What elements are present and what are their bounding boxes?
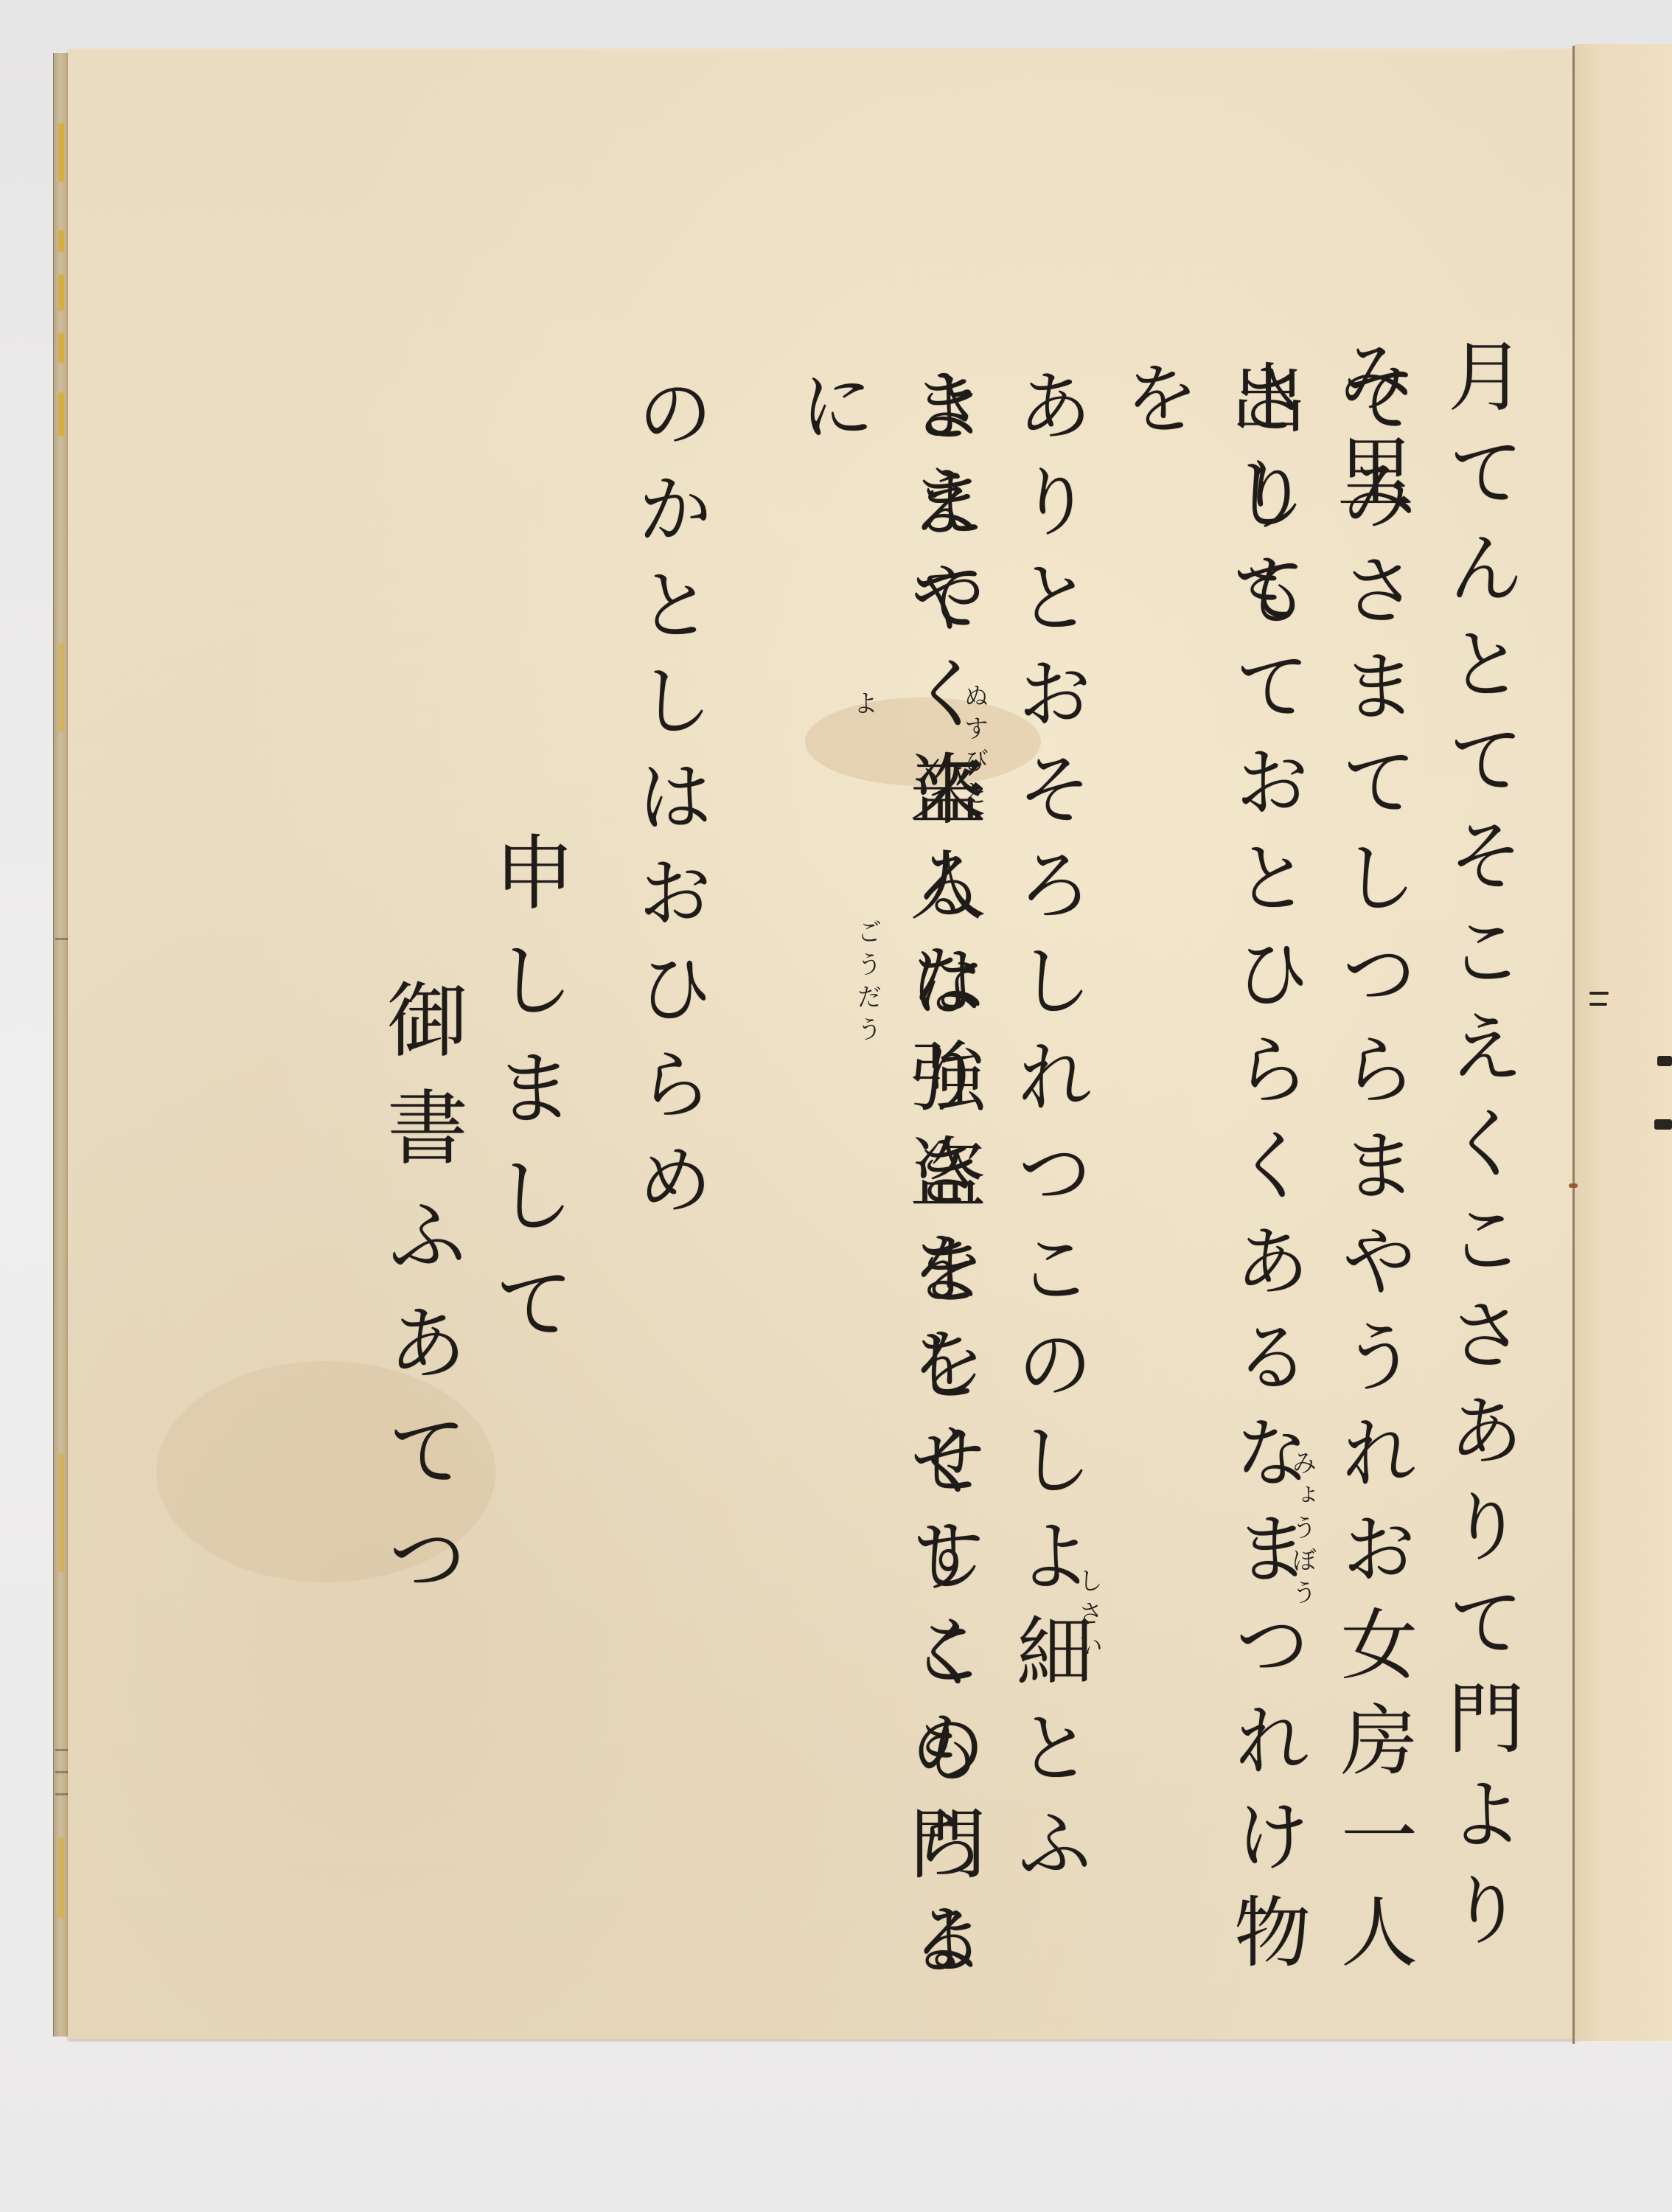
manuscript-page: 月てんとてそこえくこさありて門よりみ里 てみさまてしつらまやうれお女房一人出して… bbox=[68, 49, 1579, 2039]
text-column-8: 申しまして bbox=[470, 830, 586, 1368]
gilt-fleck bbox=[58, 274, 64, 311]
furigana-godau: ごうだう bbox=[849, 919, 885, 1048]
gutter-fold-line bbox=[1572, 46, 1575, 2044]
gilt-fleck bbox=[58, 1837, 64, 1919]
gilt-fleck bbox=[58, 392, 64, 437]
adjacent-leaf bbox=[1575, 44, 1672, 2041]
text-column-9-signature: 御書ふあてつ bbox=[363, 978, 479, 1624]
ink-stroke-fragment bbox=[1657, 1056, 1672, 1066]
gilt-fleck bbox=[58, 230, 64, 252]
furigana-yo: よ bbox=[846, 690, 882, 723]
ink-stroke-fragment bbox=[1589, 992, 1609, 995]
spine-mark bbox=[55, 938, 69, 940]
gilt-fleck bbox=[58, 123, 64, 182]
spine-mark bbox=[55, 1771, 69, 1773]
furigana-shisai: しさい bbox=[1070, 1568, 1107, 1665]
gilt-fleck bbox=[58, 333, 64, 363]
text-column-4: ありとおそろしれつこのしよ細とふ bbox=[993, 366, 1104, 1899]
text-column-3: さりもておとひらくあるなまつれけ物を bbox=[1100, 358, 1321, 2039]
gilt-fleck bbox=[58, 643, 64, 731]
text-column-6: きえてく来るは強盗をしくすくもらるに bbox=[776, 366, 997, 2039]
ink-stroke-fragment bbox=[1589, 1003, 1607, 1006]
ink-stroke-fragment bbox=[1654, 1119, 1672, 1130]
binding-thread-hole bbox=[1569, 1183, 1578, 1188]
spine-mark bbox=[55, 1749, 69, 1751]
text-column-7: のかとしはおひらめ bbox=[613, 373, 724, 1236]
gilt-fleck bbox=[58, 1454, 64, 1572]
spine-mark bbox=[55, 1793, 69, 1795]
